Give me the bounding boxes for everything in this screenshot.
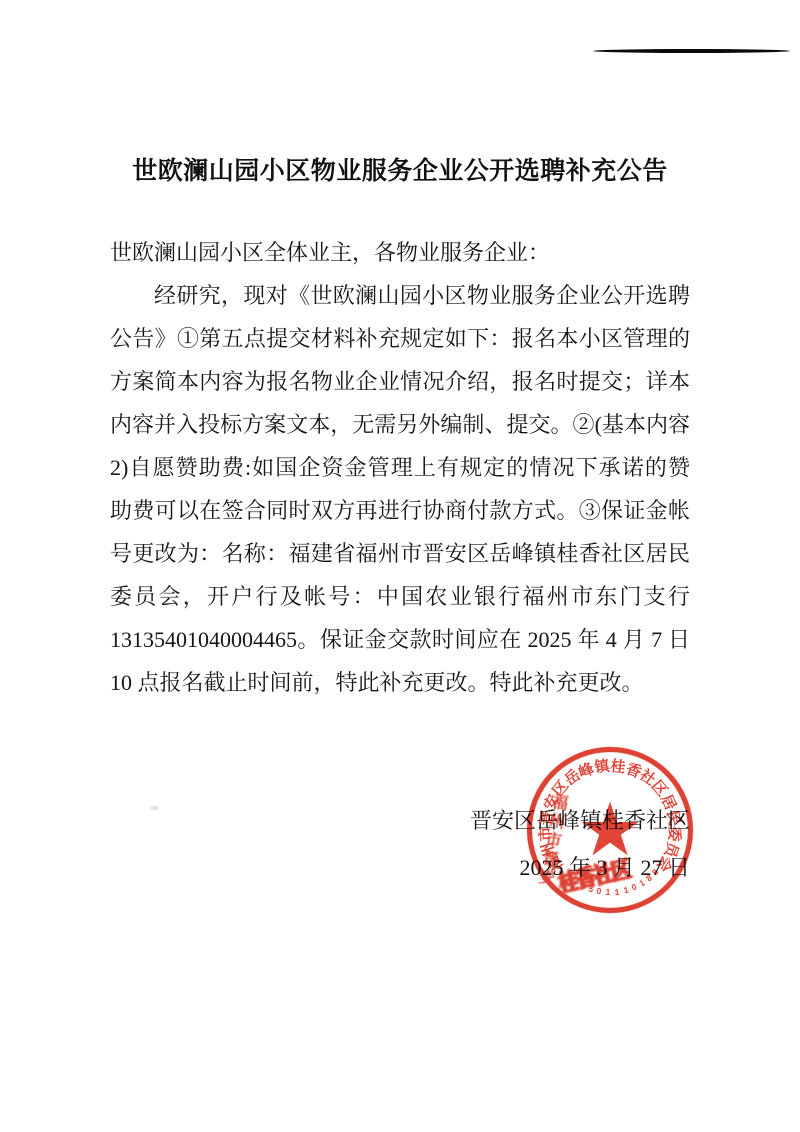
body-line: 经研究，现对《世欧澜山园小区物业服务企业公开选聘 xyxy=(110,274,690,317)
body-line: 委员会，开户行及帐号：中国农业银行福州市东门支行 xyxy=(110,575,690,618)
official-seal: ★ 福州市晋安区岳峰镇桂香社区居民委员会 3501110188 福州市晋安 桂香… xyxy=(527,747,693,913)
body-line: 公告》①第五点提交材料补充规定如下：报名本小区管理的 xyxy=(110,317,690,360)
scan-artifact-line xyxy=(593,49,790,53)
body-line: 助费可以在签合同时双方再进行协商付款方式。③保证金帐 xyxy=(110,489,690,532)
document-page: 世欧澜山园小区物业服务企业公开选聘补充公告 世欧澜山园小区全体业主，各物业服务企… xyxy=(0,0,800,1132)
scan-smudge xyxy=(150,806,159,810)
body-line: 13135401040004465。保证金交款时间应在 2025 年 4 月 7… xyxy=(110,618,690,661)
document-body: 世欧澜山园小区全体业主，各物业服务企业：经研究，现对《世欧澜山园小区物业服务企业… xyxy=(110,231,690,704)
body-line: 2)自愿赞助费:如国企资金管理上有规定的情况下承诺的赞 xyxy=(110,446,690,489)
body-line: 世欧澜山园小区全体业主，各物业服务企业： xyxy=(110,231,690,274)
body-line: 内容并入投标方案文本，无需另外编制、提交。②(基本内容 xyxy=(110,403,690,446)
body-line: 号更改为：名称：福建省福州市晋安区岳峰镇桂香社区居民 xyxy=(110,532,690,575)
body-line: 10 点报名截止时间前，特此补充更改。特此补充更改。 xyxy=(110,661,690,704)
document-title: 世欧澜山园小区物业服务企业公开选聘补充公告 xyxy=(0,151,800,187)
body-line: 方案简本内容为报名物业企业情况介绍，报名时提交；详本 xyxy=(110,360,690,403)
